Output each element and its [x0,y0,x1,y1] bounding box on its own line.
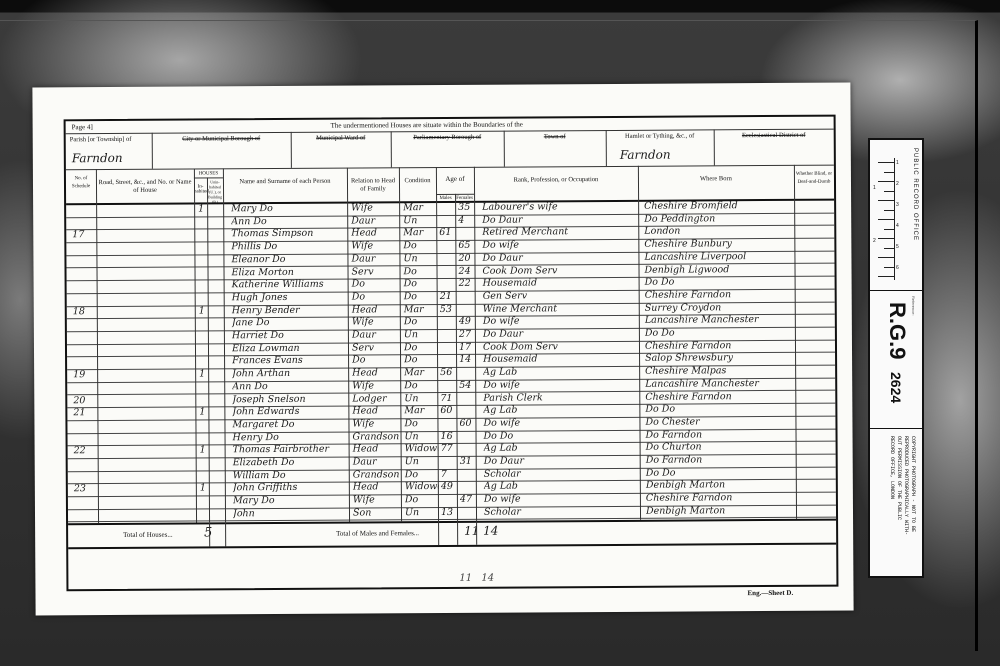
where-born: Cheshire Bromfield [644,200,794,212]
column-header-name: Name and Surname of each Person [224,178,346,187]
total-females: 14 [483,524,498,538]
column-header-where_born: Where Born [639,175,793,184]
where-born: Cheshire Farndon [645,289,795,301]
ruler-tick [884,191,894,192]
occupation: Parish Clerk [483,391,641,403]
where-born: Salop Shrewsbury [645,352,795,364]
relation: Head [352,367,400,378]
ruler-tick [878,257,894,258]
grid-line [209,522,210,546]
ruler-tick [884,229,894,230]
where-born: Do Do [645,403,795,415]
relation: Do [352,291,400,302]
grid-line [476,521,477,545]
occupation: Do Daur [482,252,640,264]
condition: Do [405,494,439,505]
condition: Mar [404,405,438,416]
relation: Wife [351,240,399,251]
where-born: Cheshire Farndon [645,390,795,402]
female-age: 4 [458,214,474,225]
where-born: Denbigh Marton [646,505,796,517]
where-born: Do Do [645,327,795,339]
occupation: Ag Lab [484,442,642,454]
condition: Do [404,291,438,302]
where-born: Do Do [645,276,795,288]
male-age: 60 [440,405,456,416]
field-value-6: Farndon [620,148,671,162]
field-divider [606,130,607,166]
schedule-number: 18 [73,306,97,317]
person-name: John Griffiths [233,482,351,494]
sheet-label: Eng.—Sheet D. [747,589,793,597]
female-age: 14 [459,354,475,365]
relation: Daur [351,215,399,226]
person-name: Henry Do [233,431,351,443]
relation: Do [352,355,400,366]
relation: Son [353,507,401,518]
female-age: 24 [458,265,474,276]
relation: Serv [351,266,399,277]
field-label-6: Hamlet or Tything, &c., of [610,132,710,140]
boundaries-caption: The undermentioned Houses are situate wi… [331,121,523,130]
schedule-number: 21 [73,407,97,418]
field-divider [152,133,153,169]
male-age: 53 [440,304,456,315]
column-header-road: Road, Street, &c., and No. or Name of Ho… [97,179,193,196]
ruler-tick [878,162,894,163]
field-divider [391,131,392,167]
reference-label: Reference: [911,296,916,316]
column-header-age: Age of [436,175,474,183]
column-header-occupation: Rank, Profession, or Occupation [475,176,637,185]
ruler-number: 1 [896,160,899,166]
where-born: Denbigh Marton [646,479,796,491]
ruler-tick [884,210,894,211]
condition: Do [404,418,438,429]
ruler-number: 2 [873,238,876,244]
where-born: Denbigh Ligwood [644,263,794,275]
column-header-uninhabited: Unin-habited (U.), or Building (B.) [207,179,223,204]
schedule-number: 23 [74,484,98,495]
condition: Mar [404,304,438,315]
condition: Un [404,329,438,340]
where-born: Cheshire Bunbury [644,238,794,250]
condition: Do [404,342,438,353]
copyright-line: REPRODUCED PHOTOGRAPHICALLY WITH- [903,436,909,535]
person-name: John Edwards [232,406,350,418]
occupation: Housemaid [483,353,641,365]
ruler-tick [878,181,894,182]
condition: Mar [403,227,437,238]
where-born: Surrey Croydon [645,301,795,313]
ruler-number: 4 [896,223,899,229]
record-office-label: PUBLIC RECORD OFFICE [912,148,918,241]
field-divider [714,129,715,165]
condition: Do [404,354,438,365]
person-name: Henry Bender [232,304,350,316]
male-age: 56 [440,367,456,378]
page-label: Page 4] [72,123,93,131]
occupation: Do Daur [482,213,640,225]
where-born: Lancashire Manchester [645,314,795,326]
occupation: Do wife [483,379,641,391]
ruler-number: 3 [896,202,899,208]
field-divider [291,132,292,168]
relation: Grandson [353,469,401,480]
class-code: R.G.9 [884,302,910,359]
relation: Head [353,482,401,493]
column-header-schedule: No. of Schedule [67,175,95,191]
where-born: London [644,225,794,237]
where-born: Do Churton [646,441,796,453]
ruler-number: 6 [896,265,899,271]
person-name: William Do [233,469,351,481]
field-value-1: Farndon [72,151,123,165]
condition: Do [403,240,437,251]
relation: Head [353,444,401,455]
person-name: Thomas Simpson [231,228,349,240]
schedule-number: 19 [73,369,97,380]
condition: Un [405,456,439,467]
occupation: Cook Dom Serv [482,264,640,276]
person-name: Eliza Lowman [232,342,350,354]
copyright-line: RECORD OFFICE, LONDON [889,436,895,499]
relation: Wife [353,494,401,505]
person-name: Thomas Fairbrother [233,444,351,456]
occupation: Do Do [483,429,641,441]
male-age: 61 [439,227,455,238]
occupation: Cook Dom Serv [483,340,641,352]
column-header-blind: Whether Blind, or Deaf-and-Dumb [795,171,833,187]
relation: Head [352,405,400,416]
female-age: 22 [459,278,475,289]
female-age: 27 [459,329,475,340]
person-name: Mary Do [233,495,351,507]
person-name: Ann Do [231,215,349,227]
column-header-inhabited: In-habited [194,184,207,194]
occupation: Do wife [484,493,642,505]
condition: Un [404,393,438,404]
person-name: Katherine Williams [232,279,350,291]
female-age: 49 [459,316,475,327]
occupation: Housemaid [483,277,641,289]
relation: Wife [352,380,400,391]
grid-line [225,522,226,546]
relation: Daur [352,329,400,340]
where-born: Cheshire Farndon [645,340,795,352]
where-born: Cheshire Malpas [645,365,795,377]
condition: Un [405,507,439,518]
occupation: Ag Lab [484,480,642,492]
where-born: Cheshire Farndon [646,492,796,504]
total-persons-label: Total of Males and Females... [336,529,419,538]
ruler-tick [878,200,894,201]
female-age: 47 [460,494,476,505]
person-name: Mary Do [231,203,349,215]
ruler-tick [878,219,894,220]
ruler-tick [878,276,894,277]
condition: Un [404,431,438,442]
condition: Mar [403,202,437,213]
person-name: Frances Evans [232,355,350,367]
where-born: Do Do [646,467,796,479]
ruler-tick [884,267,894,268]
male-age: 16 [440,431,456,442]
female-age: 35 [458,202,474,213]
male-age: 7 [441,469,457,480]
piece-number: 2624 [888,372,904,403]
ruler-tick [884,248,894,249]
relation: Serv [352,342,400,353]
field-label-1: Parish [or Township] of [70,136,148,143]
column-header-relation: Relation to Head of Family [348,177,398,193]
relation: Wife [352,317,400,328]
occupation: Do wife [483,417,641,429]
relation: Head [352,304,400,315]
census-page: Page 4] The undermentioned Houses are si… [32,83,853,616]
schedule-number: 22 [74,445,98,456]
census-form: Page 4] The undermentioned Houses are si… [64,115,839,592]
condition: Do [404,380,438,391]
field-label-7: Ecclesiastical District of [718,132,830,140]
field-label-4: Parliamentary Borough of [395,134,500,142]
male-age: 21 [440,291,456,302]
column-header-condition: Condition [400,177,435,185]
occupation: Gen Serv [483,290,641,302]
female-age: 60 [459,418,475,429]
condition: Widower [405,481,439,492]
ruler-tick [878,238,894,239]
ruler-number: 5 [896,244,899,250]
occupation: Labourer's wife [482,201,640,213]
occupation: Do wife [483,315,641,327]
male-age: 13 [441,507,457,518]
total-houses-label: Total of Houses... [123,531,173,539]
relation: Daur [353,456,401,467]
person-name: Ann Do [232,380,350,392]
field-label-2: City or Municipal Borough of [156,135,287,143]
occupation: Do wife [482,239,640,251]
reference-card: PUBLIC RECORD OFFICE 12345612 Reference:… [868,138,924,578]
field-divider [504,131,505,167]
relation: Wife [352,418,400,429]
houses-divider [194,177,223,178]
person-name: Phillis Do [231,241,349,253]
person-name: Hugh Jones [232,291,350,303]
relation: Lodger [352,393,400,404]
condition: Do [404,316,438,327]
person-name: Harriet Do [232,330,350,342]
where-born: Do Peddington [644,213,794,225]
ruler-axis [894,158,895,280]
male-age: 49 [441,481,457,492]
field-label-5: Town of [508,133,602,141]
person-name: Margaret Do [232,418,350,430]
grid-line [457,521,458,545]
person-name: John Arthan [232,368,350,380]
grid-line [438,521,439,545]
occupation: Scholar [484,467,642,479]
condition: Do [403,266,437,277]
condition: Mar [404,367,438,378]
where-born: Do Farndon [646,454,796,466]
person-name: Joseph Snelson [232,393,350,405]
person-name: Elizabeth Do [233,457,351,469]
copyright-line: OUT PERMISSION OF THE PUBLIC [896,436,902,520]
person-name: Eleanor Do [231,253,349,265]
person-name: Eliza Morton [231,266,349,278]
female-age: 31 [460,456,476,467]
female-age: 17 [459,341,475,352]
occupation: Do Daur [483,328,641,340]
schedule-number: 20 [73,395,97,406]
ruler-tick [884,172,894,173]
ruler-number: 1 [873,185,876,191]
ruler-number: 2 [896,181,899,187]
occupation: Retired Merchant [482,226,640,238]
person-name: Jane Do [232,317,350,329]
tally-males: 11 [459,573,472,584]
person-name: John [233,507,351,519]
relation: Wife [351,202,399,213]
male-age: 77 [441,443,457,454]
relation: Daur [351,253,399,264]
female-age: 20 [458,253,474,264]
female-age: 65 [458,240,474,251]
where-born: Do Chester [645,416,795,428]
copyright-line: COPYRIGHT PHOTOGRAPH - NOT TO BE [910,436,916,532]
where-born: Lancashire Manchester [645,378,795,390]
condition: Do [404,278,438,289]
relation: Head [351,228,399,239]
female-age: 54 [459,380,475,391]
occupation: Ag Lab [483,366,641,378]
occupation: Wine Merchant [483,302,641,314]
condition: Widower [405,443,439,454]
relation: Do [352,278,400,289]
condition: Un [403,253,437,264]
where-born: Do Farndon [645,428,795,440]
condition: Un [403,215,437,226]
field-label-3: Municipal Ward of [295,134,387,142]
male-age: 71 [440,392,456,403]
occupation: Do Daur [484,455,642,467]
schedule-number: 17 [72,230,96,241]
occupation: Ag Lab [483,404,641,416]
condition: Do [405,469,439,480]
tally-females: 14 [481,573,494,584]
relation: Grandson [353,431,401,442]
where-born: Lancashire Liverpool [644,251,794,263]
occupation: Scholar [484,506,642,518]
